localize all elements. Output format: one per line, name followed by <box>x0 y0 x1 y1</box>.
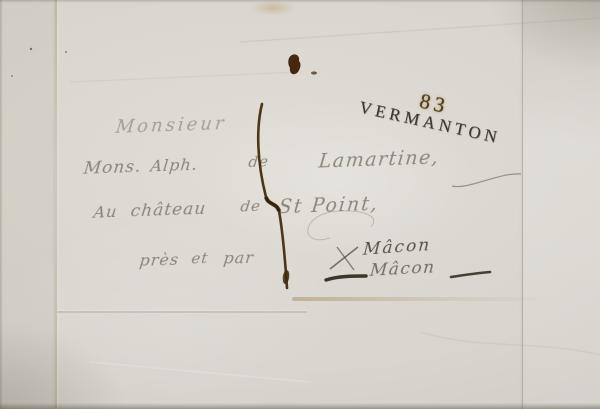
paper-speck-2 <box>65 51 67 53</box>
faint-crease-bottom-right <box>420 332 600 355</box>
paper-speck-1 <box>30 48 32 50</box>
macon-dash-left <box>326 276 366 280</box>
letter-photograph: 83 VERMANTON Monsieur Mons. Alph. de Lam… <box>0 0 600 409</box>
ink-crack-line <box>258 104 287 288</box>
ink-crack-blob <box>282 270 290 285</box>
faint-crease-top <box>240 18 600 42</box>
ink-marks-overlay <box>0 0 600 409</box>
crossout-stroke-1 <box>330 247 358 269</box>
st-point-loop-flourish <box>308 211 374 240</box>
paper-speck-3 <box>11 75 13 77</box>
faint-crease-bottom-left <box>90 362 310 382</box>
faint-crease-upper-left <box>70 72 300 82</box>
crossout-stroke-2 <box>337 247 354 270</box>
ink-crack-knot <box>266 197 279 211</box>
ink-speck <box>311 71 317 74</box>
ink-blot <box>288 54 300 74</box>
lamartine-tail-flourish <box>452 174 521 187</box>
macon-dash-right <box>451 272 490 277</box>
